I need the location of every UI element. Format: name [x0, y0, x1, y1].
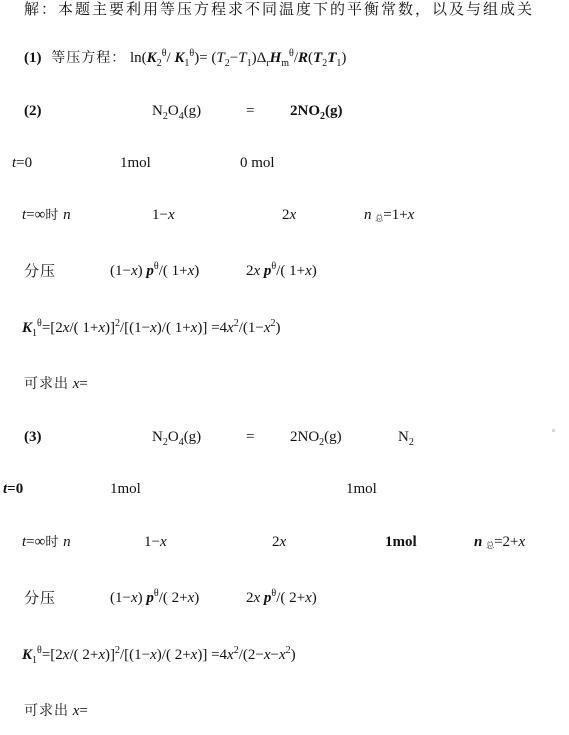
part2-initial-product: 0 mol — [240, 156, 275, 171]
part3-equilibrium-inert: 1mol — [385, 535, 417, 550]
part3-reactant: N2O4(g) — [152, 430, 201, 445]
part3-initial-label: t=0 — [3, 482, 23, 497]
part3-equilibrium-reactant: 1−x — [144, 535, 167, 550]
part3-total-moles: n 总=2+x — [474, 535, 525, 550]
part3-k-expression: K1θ=[2x/( 2+x)]2/[(1−x)/( 2+x)] =4x2/(2−… — [22, 648, 296, 663]
part2-reactant: N2O4(g) — [152, 104, 201, 119]
part1-line: (1) 等压方程： ln(K2θ/ K1θ)= (T2−T1)ΔrHmθ/R(T… — [24, 51, 346, 66]
part2-equals: = — [246, 104, 254, 119]
part3-product: 2NO2(g) — [290, 430, 342, 445]
part3-equilibrium-product: 2x — [272, 535, 286, 550]
part3-equilibrium-label: t=∞时 n — [22, 535, 71, 550]
part1-label: (1) — [24, 50, 42, 66]
part2-equilibrium-product: 2x — [282, 208, 296, 223]
part2-solve: 可求出 x= — [24, 377, 88, 392]
part2-k-expression: K1θ=[2x/( 1+x)]2/[(1−x)/( 1+x)] =4x2/(1−… — [22, 321, 281, 336]
part1-heading: 等压方程： — [51, 50, 126, 66]
part2-pp-reactant: (1−x) pθ/( 1+x) — [110, 264, 199, 279]
intro-text: 解：本题主要利用等压方程求不同温度下的平衡常数，以及与组成关 — [24, 2, 534, 17]
part2-initial-reactant: 1mol — [120, 156, 151, 171]
part3-initial-reactant: 1mol — [110, 482, 141, 497]
part2-total-moles: n 总=1+x — [364, 208, 414, 223]
part2-label: (2) — [24, 104, 42, 119]
part3-pp-product: 2x pθ/( 2+x) — [246, 591, 317, 606]
part2-product: 2NO2(g) — [290, 104, 343, 119]
part1-equation: ln(K2θ/ K1θ)= (T2−T1)ΔrHmθ/R(T2T1) — [130, 50, 346, 66]
part2-equilibrium-reactant: 1−x — [152, 208, 175, 223]
part2-pp-label: 分压 — [24, 264, 56, 279]
part3-initial-inert: 1mol — [346, 482, 377, 497]
part2-initial-label: t=0 — [12, 156, 32, 171]
part3-pp-label: 分压 — [24, 591, 56, 606]
part2-equilibrium-label: t=∞时 n — [22, 208, 71, 223]
scan-artifact — [552, 429, 555, 432]
part2-pp-product: 2x pθ/( 1+x) — [246, 264, 317, 279]
part3-label: (3) — [24, 430, 42, 445]
part3-solve: 可求出 x= — [24, 704, 88, 719]
part3-pp-reactant: (1−x) pθ/( 2+x) — [110, 591, 199, 606]
part3-inert: N2 — [398, 430, 414, 445]
part3-equals: = — [246, 430, 254, 445]
